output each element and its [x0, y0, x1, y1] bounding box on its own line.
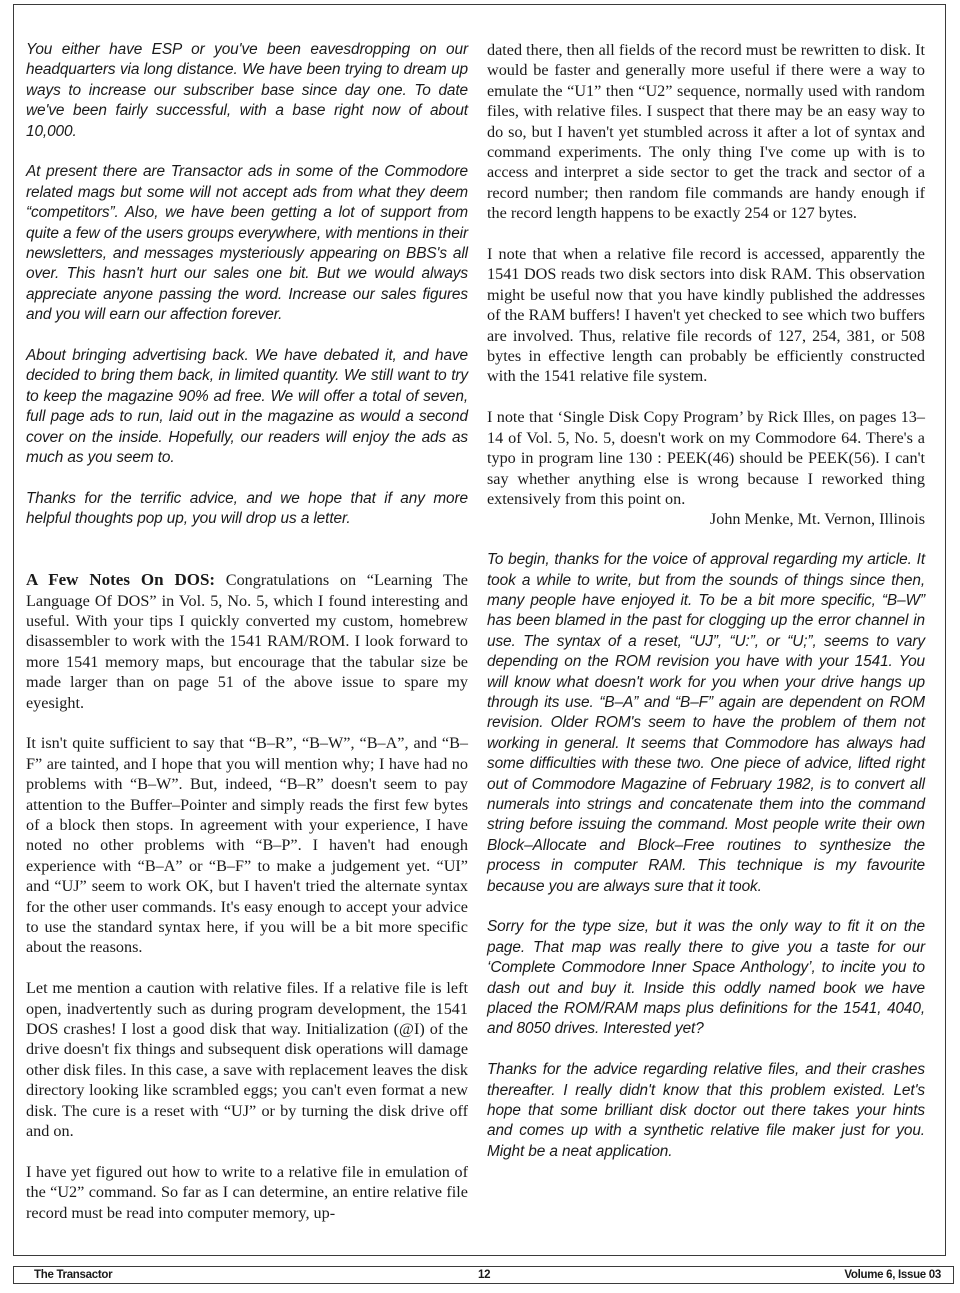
- letter-paragraph: Let me mention a caution with relative f…: [26, 978, 468, 1141]
- footer-page-number: 12: [478, 1269, 490, 1281]
- letter-paragraph: I have yet figured out how to write to a…: [26, 1162, 468, 1223]
- footer-publication: The Transactor: [34, 1269, 112, 1281]
- letter-paragraph: dated there, then all fields of the reco…: [487, 40, 925, 224]
- section-spacer: [26, 550, 468, 570]
- footer-issue: Volume 6, Issue 03: [844, 1269, 941, 1281]
- editor-reply-paragraph: About bringing advertising back. We have…: [26, 346, 468, 468]
- left-column: You either have ESP or you've been eaves…: [26, 40, 468, 1243]
- letter-paragraph: It isn't quite sufficient to say that “B…: [26, 733, 468, 957]
- letter-signature: John Menke, Mt. Vernon, Illinois: [487, 509, 925, 529]
- letter-heading: A Few Notes On DOS:: [26, 570, 215, 589]
- letter-paragraph: I note that when a relative file record …: [487, 244, 925, 387]
- letter-intro-paragraph: A Few Notes On DOS: Congratulations on “…: [26, 570, 468, 713]
- editor-reply-paragraph: At present there are Transactor ads in s…: [26, 162, 468, 325]
- editor-reply-paragraph: Thanks for the advice regarding relative…: [487, 1060, 925, 1162]
- letter-intro-text: Congratulations on “Learning The Languag…: [26, 571, 468, 711]
- editor-reply-paragraph: To begin, thanks for the voice of approv…: [487, 550, 925, 897]
- letter-paragraph: I note that ‘Single Disk Copy Program’ b…: [487, 407, 925, 509]
- editor-reply-paragraph: Sorry for the type size, but it was the …: [487, 917, 925, 1039]
- editor-reply-paragraph: You either have ESP or you've been eaves…: [26, 40, 468, 142]
- right-column: dated there, then all fields of the reco…: [487, 40, 925, 1183]
- editor-reply-paragraph: Thanks for the terrific advice, and we h…: [26, 489, 468, 530]
- page-footer: The Transactor 12 Volume 6, Issue 03: [13, 1266, 954, 1284]
